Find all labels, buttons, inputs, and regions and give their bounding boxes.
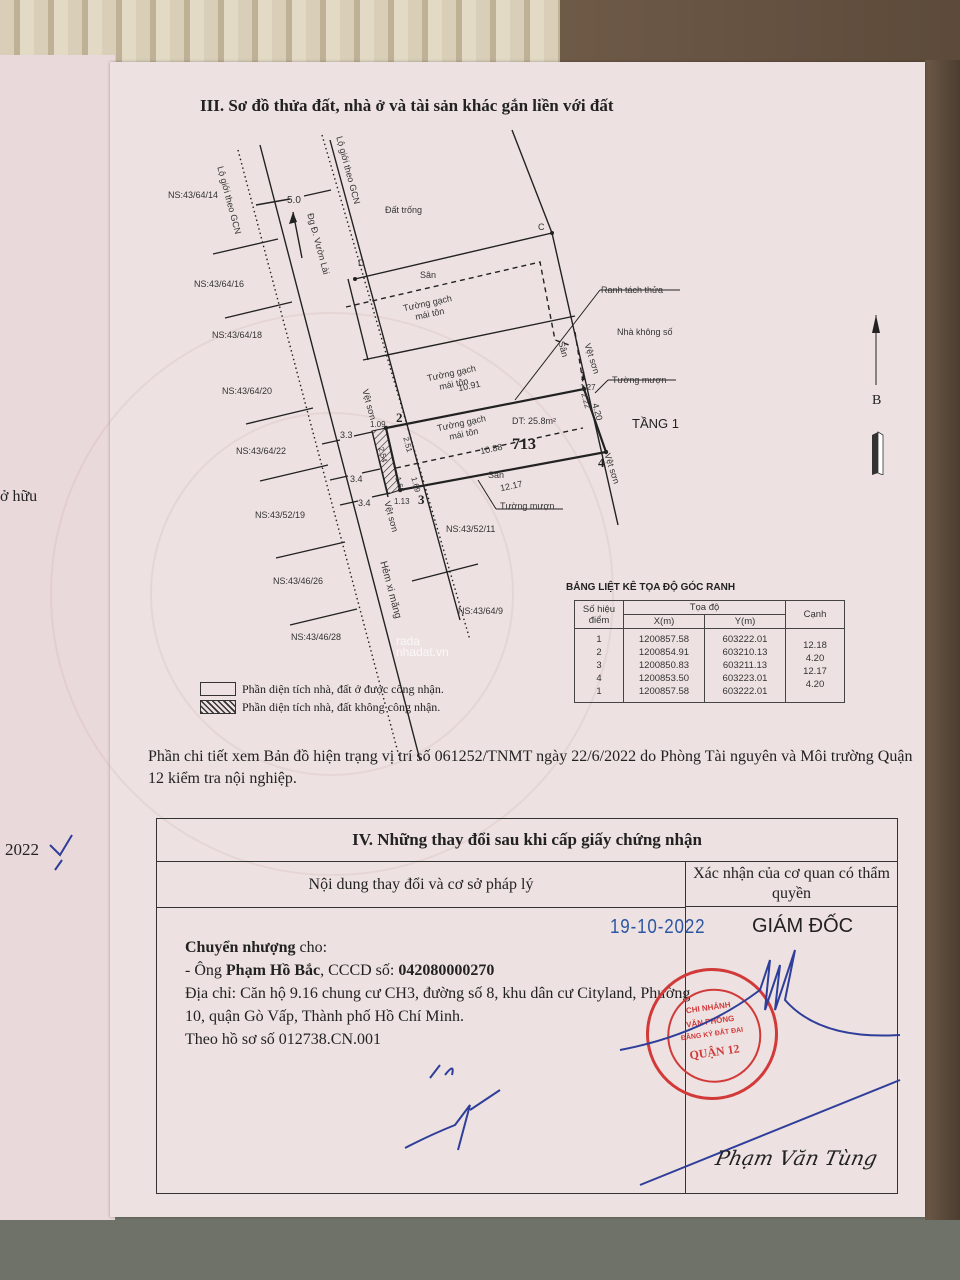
- owner-signature: [405, 1090, 500, 1150]
- handwritten-signatures: [0, 0, 960, 1280]
- signer-name: Phạm Văn Tùng: [713, 1146, 879, 1170]
- initials: [430, 1065, 453, 1078]
- director-signature: [620, 950, 900, 1050]
